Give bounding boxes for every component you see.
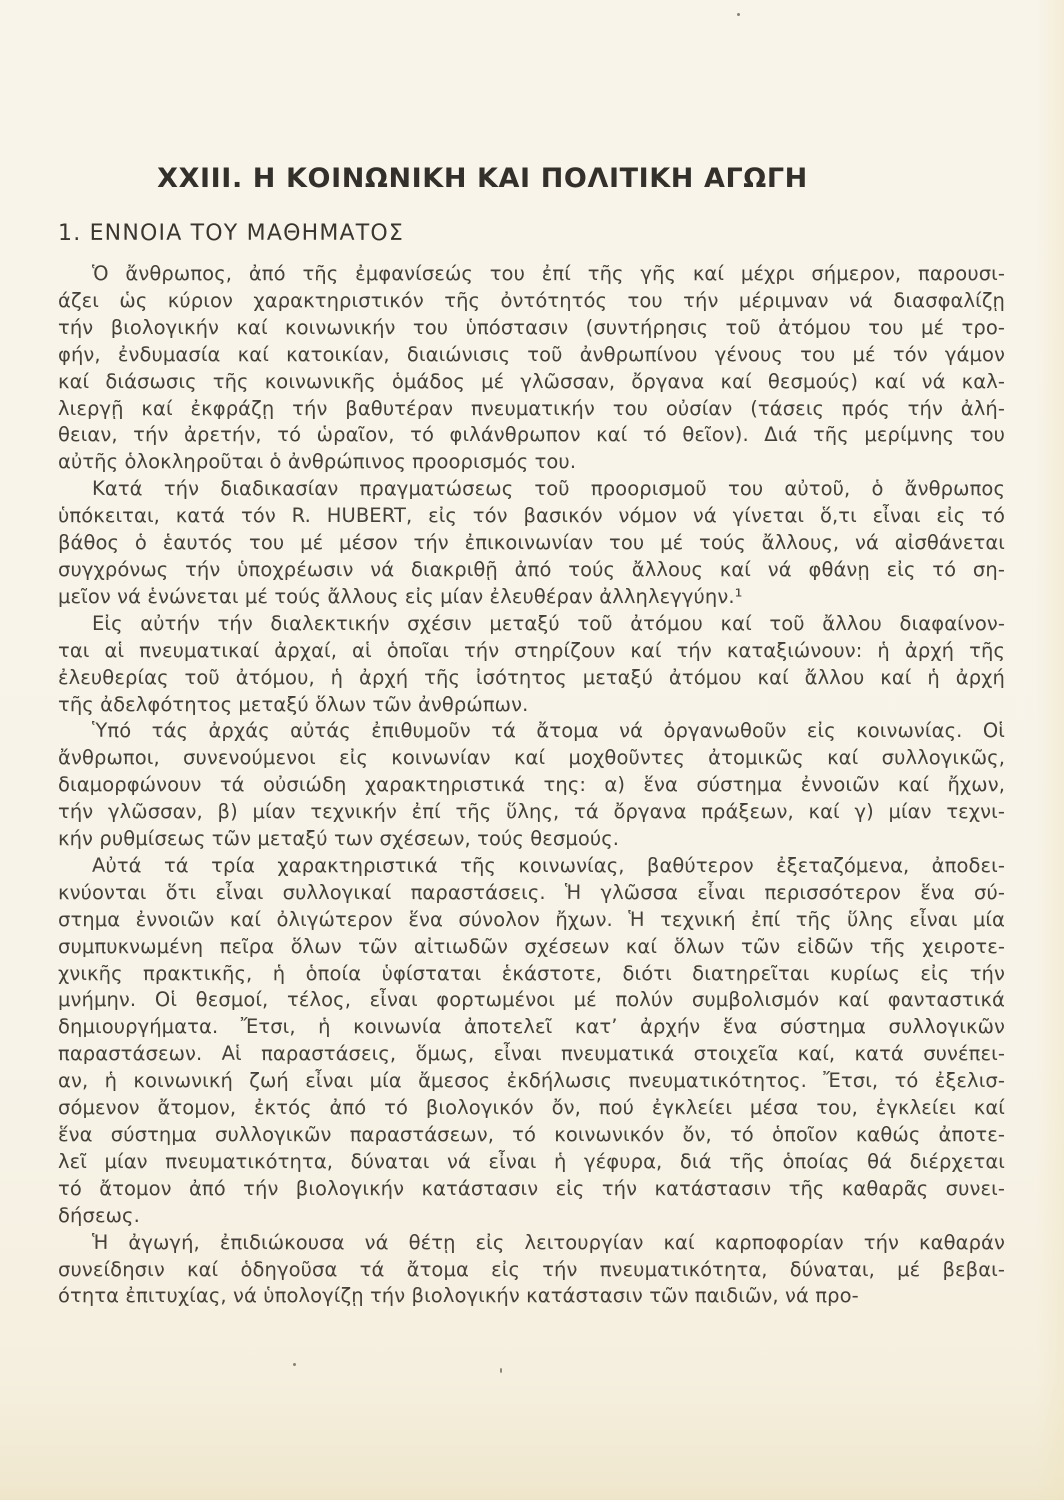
text-line: λιεργῇ καί ἐκφράζῃ τήν βαθυτέραν πνευματ… <box>58 396 1005 423</box>
text-line: αν, ἡ κοινωνική ζωή εἶναι μία ἄμεσος ἐκδ… <box>58 1068 1005 1095</box>
text-line: τῆς ἀδελφότητος μεταξύ ὅλων τῶν ἀνθρώπων… <box>58 692 1005 719</box>
text-line: τήν βιολογικήν καί κοινωνικήν του ὑπόστα… <box>58 315 1005 342</box>
text-line: ται αἱ πνευματικαί ἀρχαί, αἱ ὁποῖαι τήν … <box>58 638 1005 665</box>
text-line: κήν ρυθμίσεως τῶν μεταξύ των σχέσεων, το… <box>58 826 1005 853</box>
paragraph: Ὑπό τάς ἀρχάς αὐτάς ἐπιθυμοῦν τά ἄτομα ν… <box>58 718 1005 853</box>
text-line: κνύονται ὅτι εἶναι συλλογικαί παραστάσει… <box>58 880 1005 907</box>
body-text: Ὁ ἄνθρωπος, ἀπό τῆς ἐμφανίσεώς του ἐπί τ… <box>58 261 1005 1310</box>
text-line: τήν γλῶσσαν, β) μίαν τεχνικήν ἐπί τῆς ὕλ… <box>58 799 1005 826</box>
paragraph: Αὐτά τά τρία χαρακτηριστικά τῆς κοινωνία… <box>58 853 1005 1230</box>
paragraph: Κατά τήν διαδικασίαν πραγματώσεως τοῦ πρ… <box>58 476 1005 611</box>
text-line: Κατά τήν διαδικασίαν πραγματώσεως τοῦ πρ… <box>58 476 1005 503</box>
text-line: αὐτῆς ὁλοκληροῦται ὁ ἀνθρώπινος προορισμ… <box>58 449 1005 476</box>
text-line: ὑπόκειται, κατά τόν R. HUBERT, εἰς τόν β… <box>58 503 1005 530</box>
paragraph: Εἰς αὐτήν τήν διαλεκτικήν σχέσιν μεταξύ … <box>58 611 1005 719</box>
text-line: ότητα ἐπιτυχίας, νά ὑπολογίζῃ τήν βιολογ… <box>58 1283 1005 1310</box>
scan-speck <box>293 1363 296 1366</box>
text-line: Αὐτά τά τρία χαρακτηριστικά τῆς κοινωνία… <box>58 853 1005 880</box>
text-line: άζει ὡς κύριον χαρακτηριστικόν τῆς ὀντότ… <box>58 288 1005 315</box>
text-line: σόμενον ἄτομον, ἐκτός ἀπό τό βιολογικόν … <box>58 1095 1005 1122</box>
text-line: θειαν, τήν ἀρετήν, τό ὡραῖον, τό φιλάνθρ… <box>58 422 1005 449</box>
text-line: Εἰς αὐτήν τήν διαλεκτικήν σχέσιν μεταξύ … <box>58 611 1005 638</box>
text-line: ἐλευθερίας τοῦ ἀτόμου, ἡ ἀρχή τῆς ἰσότητ… <box>58 665 1005 692</box>
text-line: Ἡ ἀγωγή, ἐπιδιώκουσα νά θέτῃ εἰς λειτουρ… <box>58 1230 1005 1257</box>
text-line: μνήμην. Οἱ θεσμοί, τέλος, εἶναι φορτωμέν… <box>58 987 1005 1014</box>
paragraph: Ἡ ἀγωγή, ἐπιδιώκουσα νά θέτῃ εἰς λειτουρ… <box>58 1230 1005 1311</box>
text-line: μεῖον νά ἑνώνεται μέ τούς ἄλλους εἰς μία… <box>58 584 1005 611</box>
text-line: ἄνθρωποι, συνενούμενοι εἰς κοινωνίαν καί… <box>58 745 1005 772</box>
text-line: Ὁ ἄνθρωπος, ἀπό τῆς ἐμφανίσεώς του ἐπί τ… <box>58 261 1005 288</box>
text-line: συμπυκνωμένη πεῖρα ὅλων τῶν αἰτιωδῶν σχέ… <box>58 934 1005 961</box>
text-line: δημιουργήματα. Ἔτσι, ἡ κοινωνία ἀποτελεῖ… <box>58 1014 1005 1041</box>
text-line: τό ἄτομον ἀπό τήν βιολογικήν κατάστασιν … <box>58 1176 1005 1203</box>
chapter-title: XXIII. Η ΚΟΙΝΩΝΙΚΗ ΚΑΙ ΠΟΛΙΤΙΚΗ ΑΓΩΓΗ <box>9 163 956 194</box>
text-line: λεῖ μίαν πνευματικότητα, δύναται νά εἶνα… <box>58 1149 1005 1176</box>
text-line: διαμορφώνουν τά οὐσιώδη χαρακτηριστικά τ… <box>58 772 1005 799</box>
text-line: συνείδησιν καί ὁδηγοῦσα τά ἄτομα εἰς τήν… <box>58 1257 1005 1284</box>
text-line: δήσεως. <box>58 1203 1005 1230</box>
scan-speck <box>500 1368 502 1373</box>
text-line: βάθος ὁ ἑαυτός του μέ μέσον τήν ἐπικοινω… <box>58 530 1005 557</box>
text-line: φήν, ἐνδυμασία καί κατοικίαν, διαιώνισις… <box>58 342 1005 369</box>
text-line: Ὑπό τάς ἀρχάς αὐτάς ἐπιθυμοῦν τά ἄτομα ν… <box>58 718 1005 745</box>
text-line: συγχρόνως τήν ὑποχρέωσιν νά διακριθῇ ἀπό… <box>58 557 1005 584</box>
paragraph: Ὁ ἄνθρωπος, ἀπό τῆς ἐμφανίσεώς του ἐπί τ… <box>58 261 1005 476</box>
scanned-page: XXIII. Η ΚΟΙΝΩΝΙΚΗ ΚΑΙ ΠΟΛΙΤΙΚΗ ΑΓΩΓΗ 1.… <box>0 0 1064 1500</box>
text-line: παραστάσεων. Αἱ παραστάσεις, ὅμως, εἶναι… <box>58 1041 1005 1068</box>
text-line: χνικῆς πρακτικῆς, ἡ ὁποία ὑφίσταται ἑκάσ… <box>58 961 1005 988</box>
text-line: στημα ἐννοιῶν καί ὀλιγώτερον ἕνα σύνολον… <box>58 907 1005 934</box>
section-heading: 1. ΕΝΝΟΙΑ ΤΟΥ ΜΑΘΗΜΑΤΟΣ <box>58 221 1005 246</box>
text-line: ἕνα σύστημα συλλογικῶν παραστάσεων, τό κ… <box>58 1122 1005 1149</box>
scan-speck <box>737 13 740 16</box>
text-line: καί διάσωσις τῆς κοινωνικῆς ὁμάδος μέ γλ… <box>58 369 1005 396</box>
